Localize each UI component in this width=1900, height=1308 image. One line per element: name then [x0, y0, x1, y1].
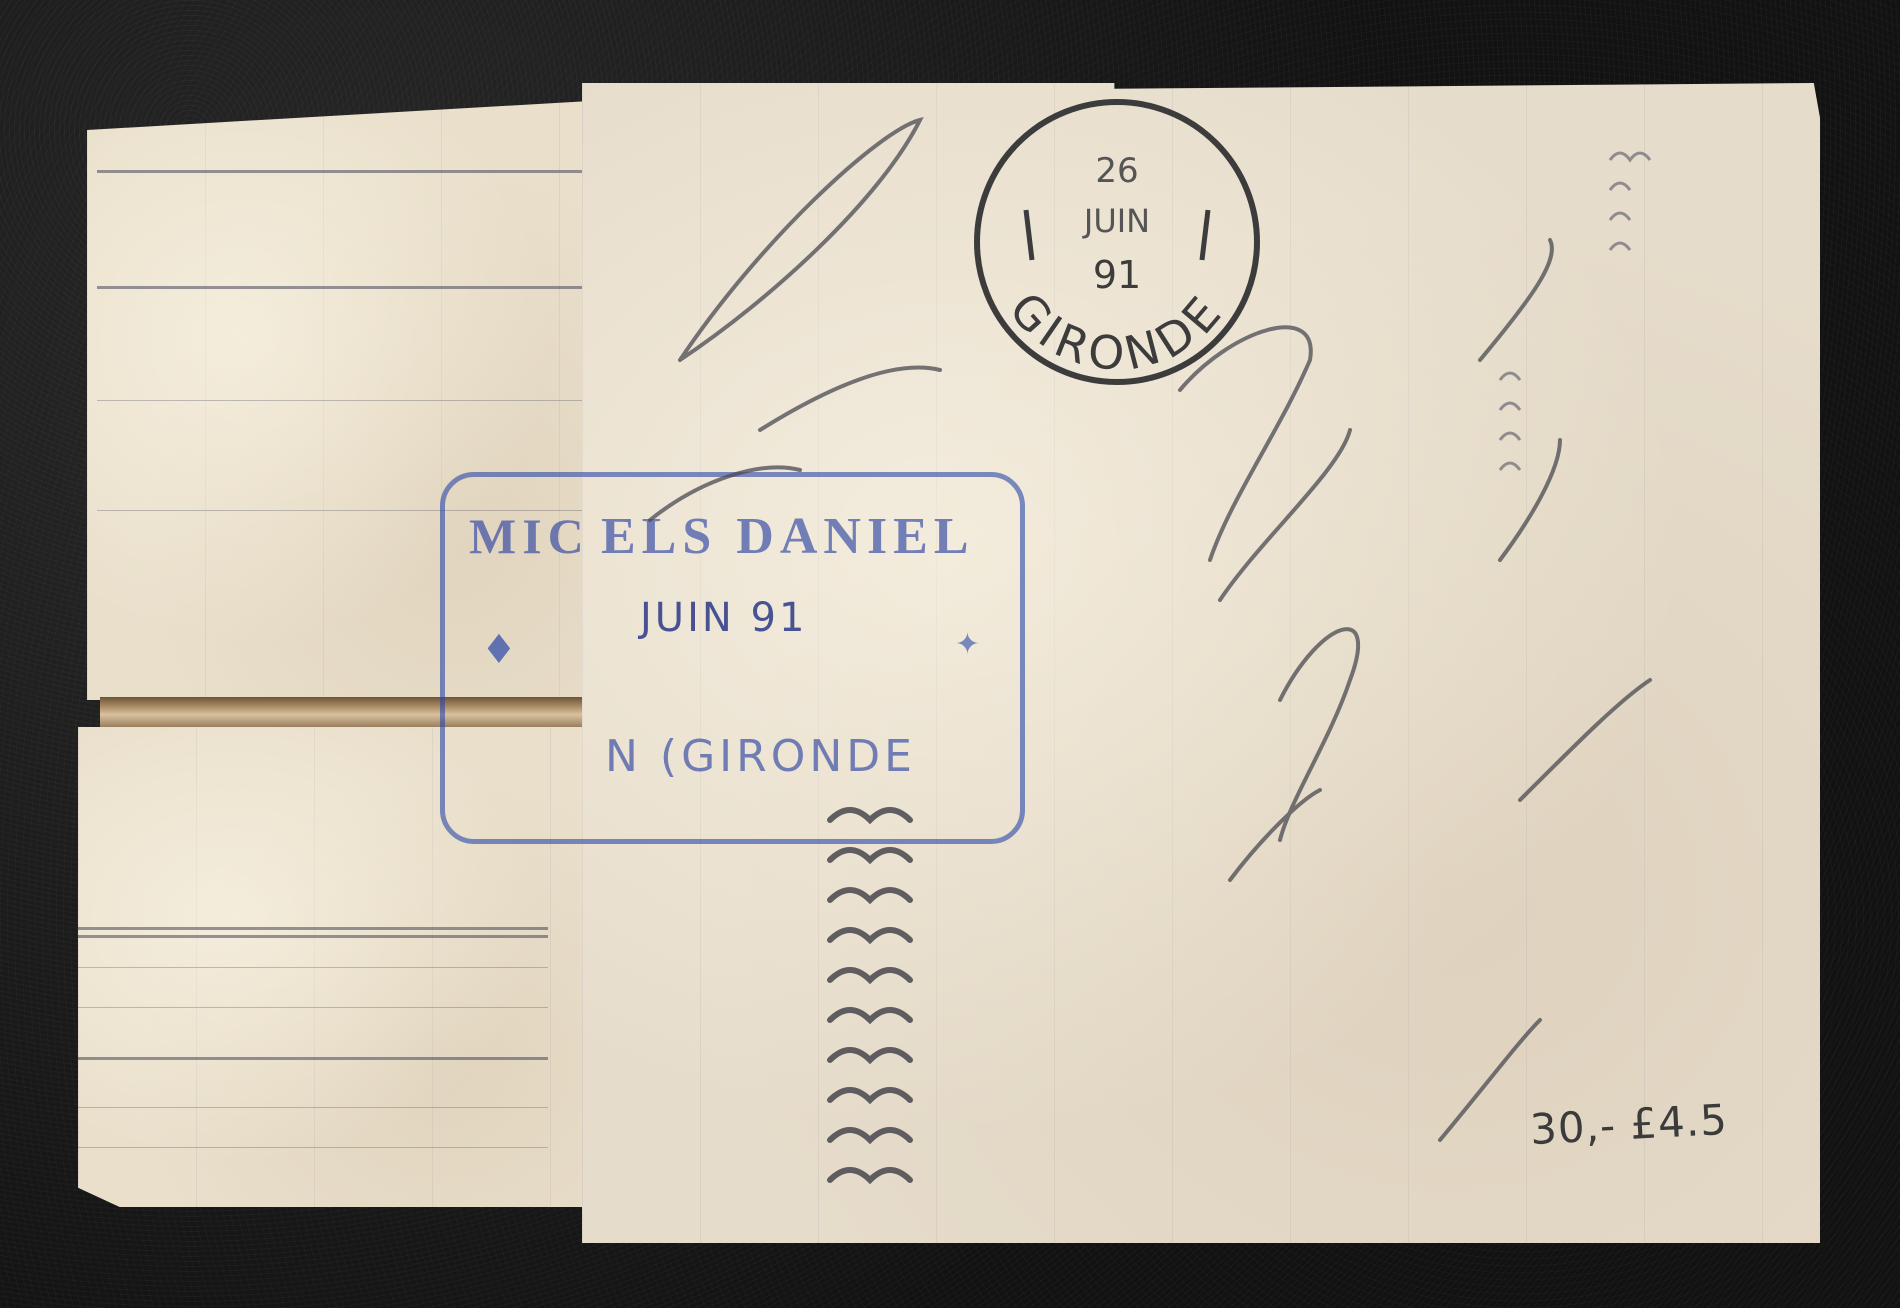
postmark-gironde: GIRONDE 26 JUIN 91 — [936, 90, 1306, 390]
cachet-bottom-text: N (GIRONDE — [605, 731, 916, 782]
postmark-year: 91 — [1093, 253, 1141, 297]
pencil-price-note: 30,- £4.5 — [1529, 1095, 1729, 1154]
cachet-top-right-text: ELS DANIEL — [601, 507, 975, 566]
postmark-month: JUIN — [1082, 202, 1150, 240]
cachet-top-left-text: MIC — [469, 507, 590, 565]
cachet-ornament-right: ✦ — [955, 627, 980, 662]
cachet-date: JUIN 91 — [640, 595, 807, 641]
cachet-ornament-left: ♦ — [481, 627, 517, 673]
postmark-day: 26 — [1095, 151, 1138, 191]
company-cachet: MIC ELS DANIEL JUIN 91 N (GIRONDE ♦ ✦ — [440, 472, 1025, 844]
